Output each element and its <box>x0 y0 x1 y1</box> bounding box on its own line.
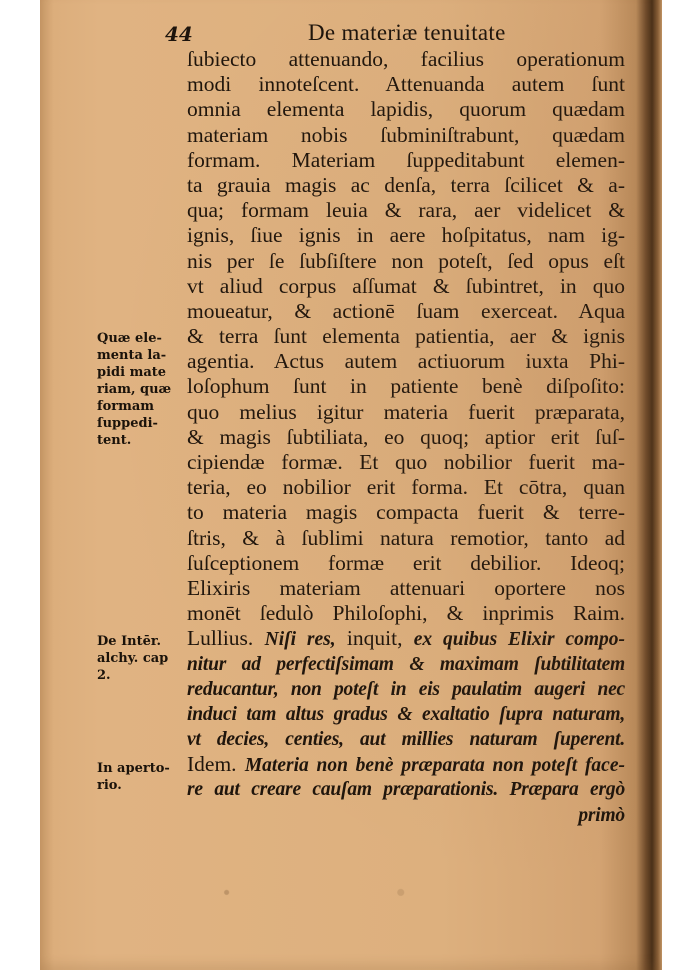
quote-line: vt decies, centies, aut millies naturam … <box>187 727 625 752</box>
inquit-text: inquit, <box>336 626 414 650</box>
running-title: De materiæ tenuitate <box>308 20 506 46</box>
text-line: ſuſceptionem formæ erit debilior. Ideoq; <box>187 551 625 576</box>
marginal-note-reference: De Intēr. alchy. cap 2. <box>97 633 187 684</box>
idem-quote-line: Idem. Materia non benè præparata non pot… <box>187 752 625 777</box>
text-line: cipiendæ formæ. Et quo nobilior fuerit m… <box>187 450 625 475</box>
marginal-note-aperto: In aperto- rio. <box>97 760 187 794</box>
marginal-note-elements: Quæ ele- menta la- pidi mate riam, quæ f… <box>97 330 187 449</box>
text-line: ſtris, & à ſublimi natura remotior, tant… <box>187 526 625 551</box>
quote-line: re aut creare cauſam præparationis. Præp… <box>187 777 625 802</box>
book-page: 44 De materiæ tenuitate ſubiecto attenua… <box>40 0 662 970</box>
text-line: loſophum ſunt in patiente benè diſpoſito… <box>187 374 625 399</box>
text-line: qua; formam leuia & rara, aer videlicet … <box>187 198 625 223</box>
quote-line: induci tam altus gradus & exaltatio ſupr… <box>187 702 625 727</box>
text-line: ignis, ſiue ignis in aere hoſpitatus, na… <box>187 223 625 248</box>
text-line: omnia elementa lapidis, quorum quædam <box>187 97 625 122</box>
text-line: ſubiecto attenuando, facilius operationu… <box>187 47 625 72</box>
text-line: to materia magis compacta fuerit & terre… <box>187 500 625 525</box>
quote-line: nitur ad perfectiſsimam & maximam ſubtil… <box>187 652 625 677</box>
text-line: Elixiris materiam attenuari oportere nos <box>187 576 625 601</box>
text-line: monēt ſedulò Philoſophi, & inprimis Raim… <box>187 601 625 626</box>
text-line: moueatur, & actionē ſuam exerceat. Aqua <box>187 299 625 324</box>
quote-text: Materia non benè præparata non poteſt fa… <box>245 755 625 776</box>
idem-label: Idem. <box>187 752 245 776</box>
lullius-quote-line: Lullius. Niſi res, inquit, ex quibus Eli… <box>187 626 625 651</box>
text-line: nis per ſe ſubſiſtere non poteſt, ſed op… <box>187 249 625 274</box>
text-line: teria, eo nobilior erit forma. Et cōtra,… <box>187 475 625 500</box>
text-line: & terra ſunt elementa patientia, aer & i… <box>187 324 625 349</box>
text-line: ta grauia magis ac denſa, terra ſcilicet… <box>187 173 625 198</box>
quote-line: reducantur, non poteſt in eis paulatim a… <box>187 677 625 702</box>
running-head: 44 De materiæ tenuitate <box>40 20 662 50</box>
text-line: vt aliud corpus aſſumat & ſubintret, in … <box>187 274 625 299</box>
text-line: & magis ſubtiliata, eo quoq; aptior erit… <box>187 425 625 450</box>
page-number: 44 <box>165 22 193 46</box>
text-line: materiam nobis ſubminiſtrabunt, quædam <box>187 123 625 148</box>
text-line: formam. Materiam ſuppeditabunt elemen- <box>187 148 625 173</box>
catchword: primò <box>187 803 625 828</box>
body-text: ſubiecto attenuando, facilius operationu… <box>187 47 625 828</box>
quote-text: ex quibus Elixir compo- <box>414 629 625 650</box>
text-line: modi innoteſcent. Attenuanda autem ſunt <box>187 72 625 97</box>
text-line: quo melius igitur materia fuerit præpara… <box>187 400 625 425</box>
quote-text: Niſi res, <box>265 629 336 650</box>
author-name: Lullius. <box>187 626 265 650</box>
text-line: agentia. Actus autem actiuorum iuxta Phi… <box>187 349 625 374</box>
